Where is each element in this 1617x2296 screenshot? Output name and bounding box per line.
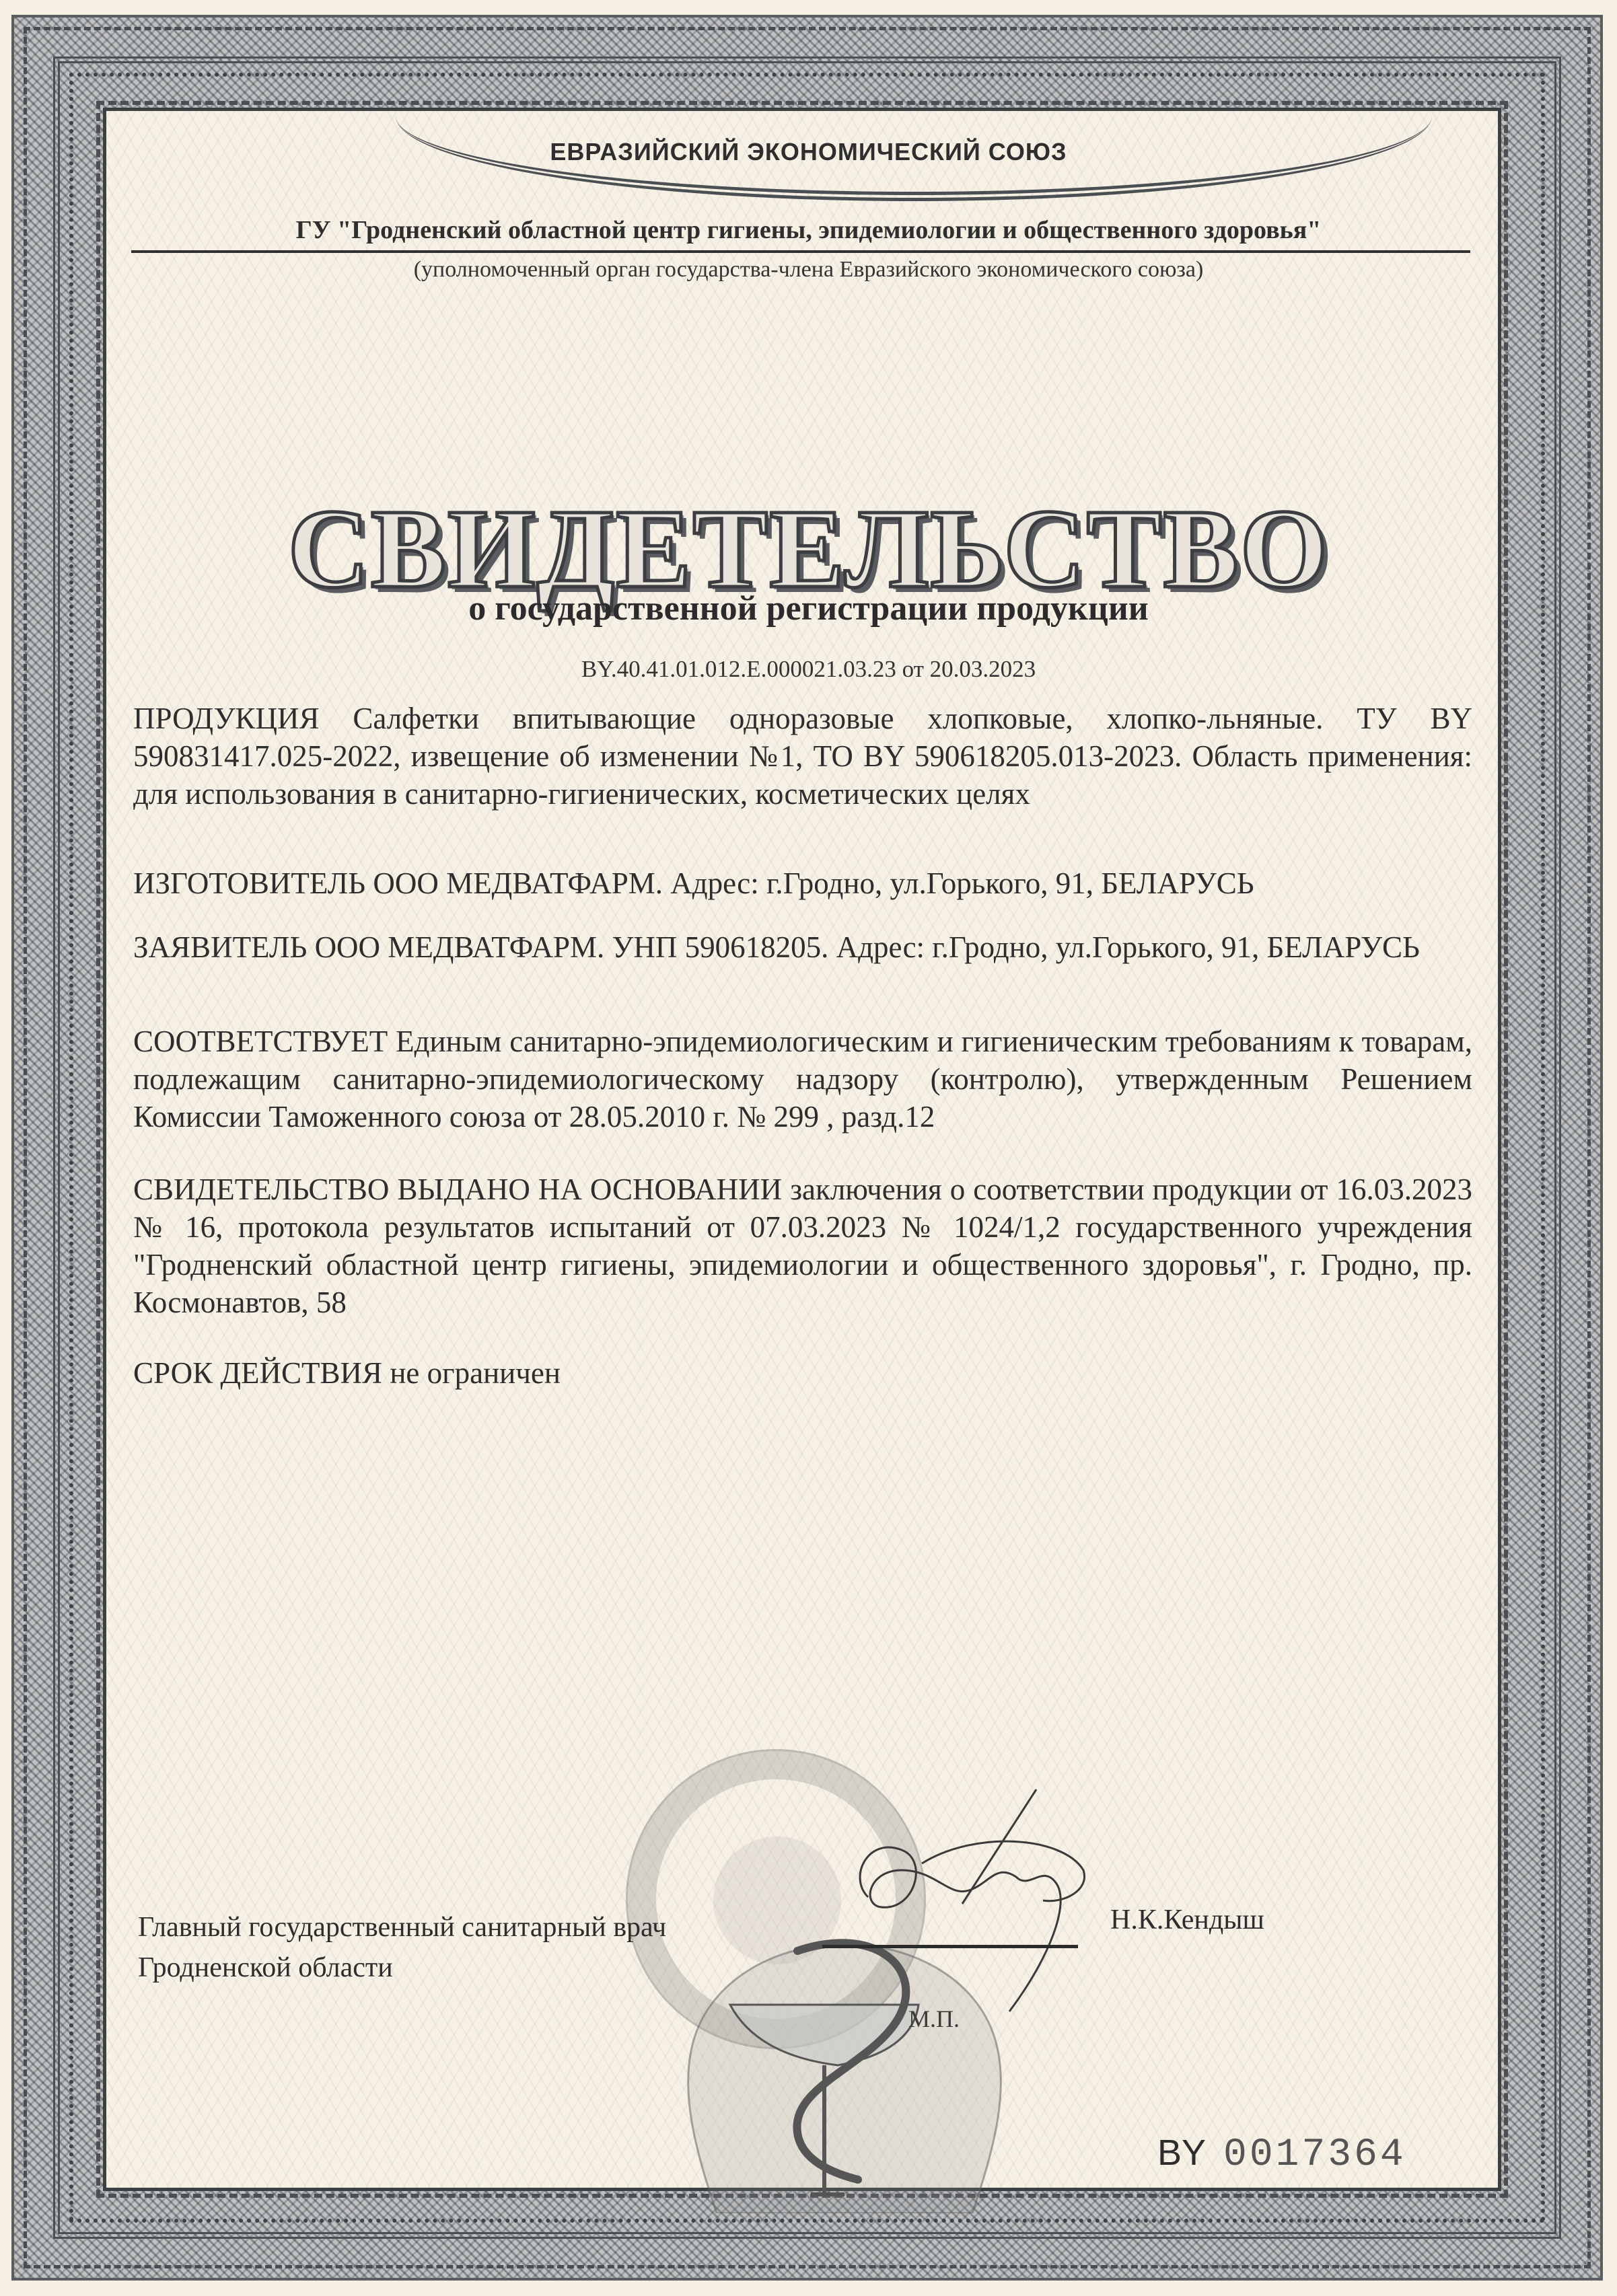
serial-country-code: BY [1157,2133,1206,2173]
organization-note: (уполномоченный орган государства-члена … [0,257,1617,283]
section-label: ЗАЯВИТЕЛЬ [133,930,307,964]
section-text: ООО МЕДВАТФАРМ. Адрес: г.Гродно, ул.Горь… [373,866,1254,900]
section-label: ИЗГОТОВИТЕЛЬ [133,866,365,900]
section-text: ООО МЕДВАТФАРМ. УНП 590618205. Адрес: г.… [315,930,1420,964]
section-label: СВИДЕТЕЛЬСТВО ВЫДАНО НА ОСНОВАНИИ [133,1173,782,1206]
handwritten-signature [841,1783,1124,2025]
certificate-subtitle: о государственной регистрации продукции [0,589,1617,628]
section-validity: СРОК ДЕЙСТВИЯ не ограничен [133,1354,1472,1392]
registration-number: BY.40.41.01.012.E.000021.03.23 от 20.03.… [0,656,1617,683]
signature-line [822,1945,1078,1948]
section-text: не ограничен [390,1356,561,1390]
signatory-title-line: Гродненской области [138,1948,666,1988]
signatory-title: Главный государственный санитарный врач … [138,1907,666,1988]
organization-underline [131,250,1470,253]
section-manufacturer: ИЗГОТОВИТЕЛЬ ООО МЕДВАТФАРМ. Адрес: г.Гр… [133,864,1472,902]
top-arch-ornament [396,30,1432,201]
signatory-title-line: Главный государственный санитарный врач [138,1907,666,1948]
section-applicant: ЗАЯВИТЕЛЬ ООО МЕДВАТФАРМ. УНП 590618205.… [133,928,1472,966]
section-issuance-basis: СВИДЕТЕЛЬСТВО ВЫДАНО НА ОСНОВАНИИ заключ… [133,1171,1472,1321]
section-text: Салфетки впитывающие одноразовые хлопков… [133,702,1472,811]
issuing-organization: ГУ "Гродненский областной центр гигиены,… [0,215,1617,245]
section-label: СООТВЕТСТВУЕТ [133,1025,388,1058]
union-heading: ЕВРАЗИЙСКИЙ ЭКОНОМИЧЕСКИЙ СОЮЗ [0,138,1617,166]
signatory-name: Н.К.Кендыш [1110,1904,1264,1936]
section-compliance: СООТВЕТСТВУЕТ Единым санитарно-эпидемиол… [133,1023,1472,1136]
section-label: СРОК ДЕЙСТВИЯ [133,1356,382,1390]
stamp-place-label: М.П. [908,2005,960,2033]
serial-number: 0017364 [1223,2133,1406,2177]
form-serial-number: BY0017364 [1157,2129,1406,2177]
section-product: ПРОДУКЦИЯ Салфетки впитывающие одноразов… [133,700,1472,813]
section-label: ПРОДУКЦИЯ [133,702,319,735]
